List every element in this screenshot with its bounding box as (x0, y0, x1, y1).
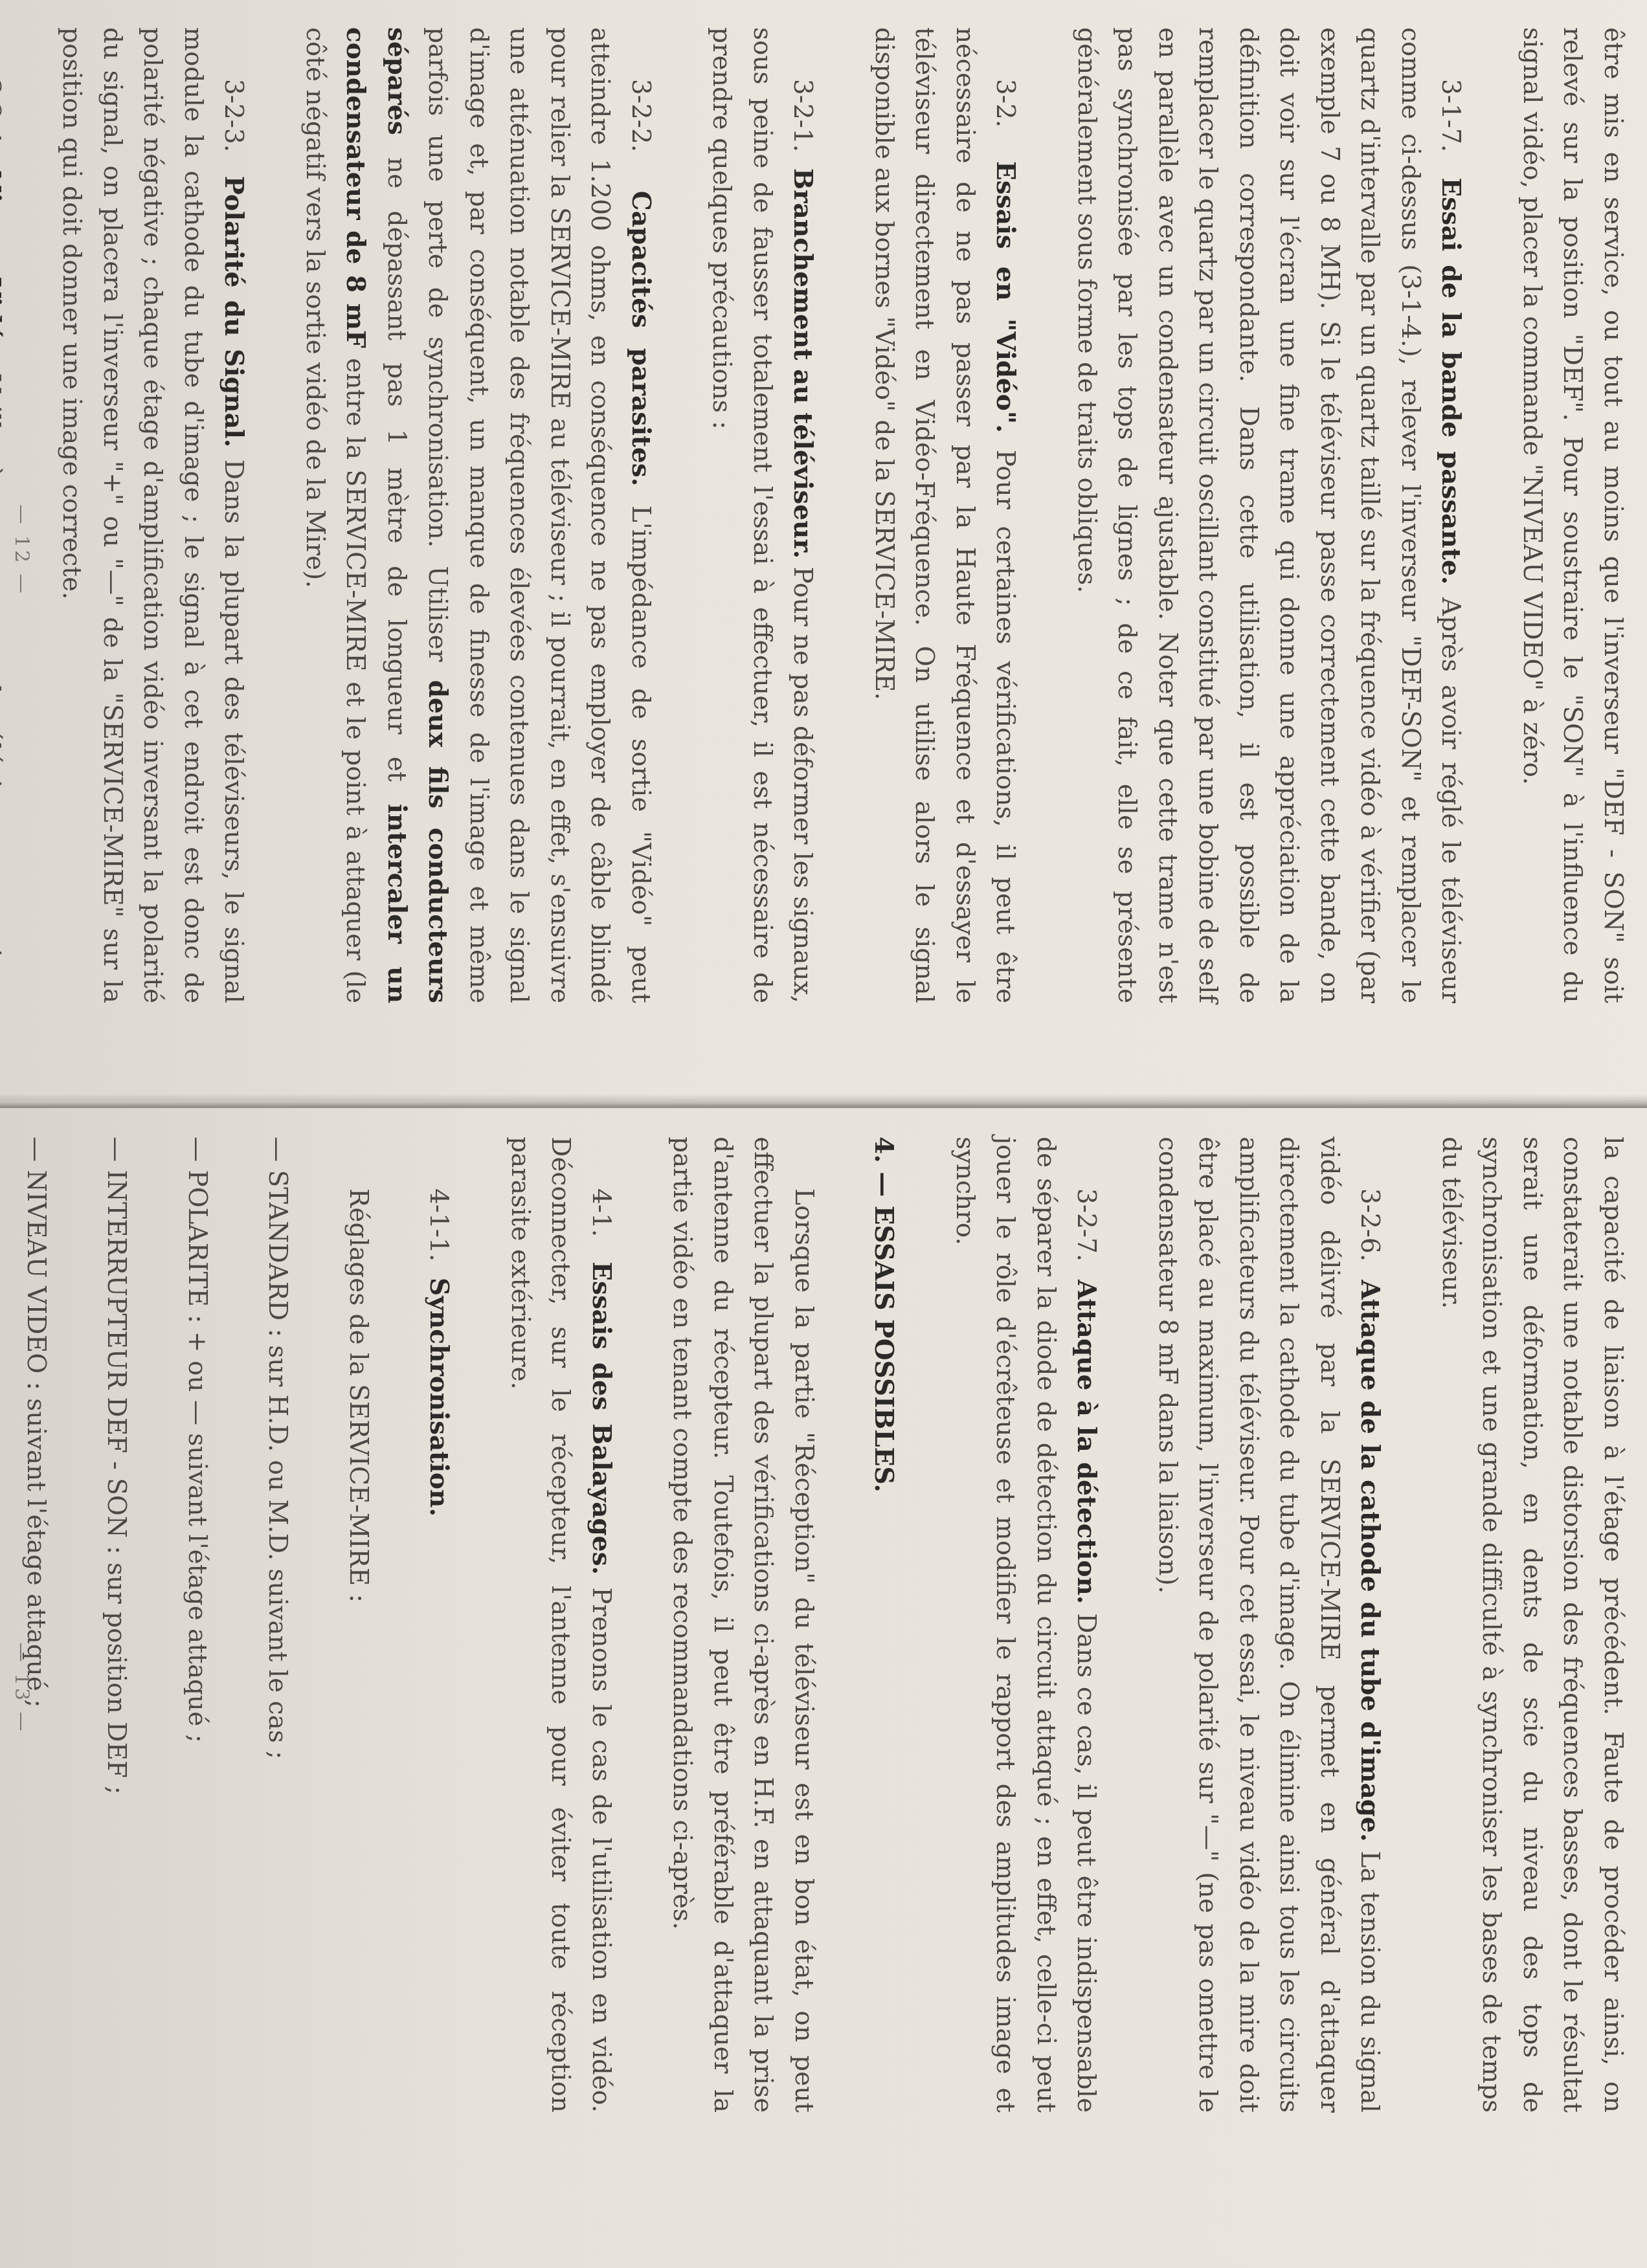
section-number: 3-2-7. (1072, 1188, 1101, 1262)
paragraph-text: La tension du signal vidéo délivré par l… (1153, 1137, 1385, 2113)
settings-item-interrupteur: — INTERRUPTEUR DEF - SON : sur position … (96, 1137, 137, 2113)
section-number: 3-2. (991, 79, 1020, 128)
section-4-1: 4-1. Essais des Balayages. Prenons le ca… (500, 1137, 622, 2113)
page-number: — 13 — (1, 1108, 42, 2268)
section-number: 4-1. (587, 1188, 616, 1237)
page-13-sheet: la capacité de liaison à l'étage précéde… (0, 1108, 1647, 2268)
page-number: — 12 — (1, 0, 42, 1100)
paragraph-text: ne dépassant pas 1 mètre de longueur et (382, 135, 411, 804)
section-title: Attaque de la cathode du tube d'image. (1356, 1280, 1385, 1841)
section-number: 4-1-1. (425, 1188, 454, 1262)
section-3-2-1: 3-2-1. Branchement au téléviseur. Pour n… (701, 27, 823, 1003)
section-number: 3-2-1. (789, 79, 818, 152)
section-title: Synchronisation. (425, 1278, 454, 1517)
settings-item-polarite: — POLARITE : + ou — suivant l'étage atta… (177, 1137, 218, 2113)
section-number: 3-2-3. (219, 79, 249, 152)
section-3-2-2: 3-2-2. Capacités parasites. L'impédance … (295, 27, 662, 1003)
p13-continuation: la capacité de liaison à l'étage précéde… (1431, 1137, 1633, 2113)
paragraph-text: Après avoir réglé le téléviseur comme ci… (1072, 27, 1466, 1003)
page-13: la capacité de liaison à l'étage précéde… (0, 1108, 1647, 2268)
section-title: Branchement au téléviseur. (789, 168, 818, 559)
section-heading-4: 4. — ESSAIS POSSIBLES. (864, 1137, 904, 2113)
section-title: Capacités parasites. (626, 191, 656, 487)
settings-item-standard: — STANDARD : sur H.D. ou M.D. suivant le… (257, 1137, 298, 2113)
section-title: Essais en "Vidéo". (991, 161, 1021, 433)
settings-intro: Réglages de la SERVICE-MIRE : (338, 1137, 379, 2113)
section-3-2-6: 3-2-6. Attaque de la cathode du tube d'i… (1147, 1137, 1391, 2113)
page-12: être mis en service, ou tout au moins qu… (0, 0, 1647, 1100)
section-3-2-3: 3-2-3. Polarité du Signal. Dans la plupa… (51, 27, 254, 1003)
section-3-2-7: 3-2-7. Attaque à la détection. Dans ce c… (945, 1137, 1107, 2113)
section-number: 3-2-6. (1356, 1188, 1385, 1262)
section-4-intro: Lorsque la partie "Réception" du télévis… (662, 1137, 823, 2113)
section-title: Essais des Balayages. (587, 1262, 616, 1575)
section-title: Polarité du Signal. (219, 176, 249, 447)
section-3-2: 3-2. Essais en "Vidéo". Pour certaines v… (864, 27, 1026, 1003)
paragraph-text: Dans la plupart des téléviseurs, le sign… (58, 27, 249, 1003)
paragraph-text: la capacité de liaison à l'étage précéde… (1437, 1137, 1628, 2113)
paragraph-text: être mis en service, ou tout au moins qu… (1518, 27, 1628, 1003)
page-12-sheet: être mis en service, ou tout au moins qu… (0, 0, 1647, 1100)
section-number: 3-2-2. (626, 79, 655, 152)
section-4-1-1: 4-1-1. Synchronisation. (418, 1137, 460, 2113)
section-3-1-7: 3-1-7. Essai de la bande passante. Après… (1066, 27, 1472, 1003)
paragraph-text: L'impédance de sortie "Vidéo" peut attei… (423, 27, 656, 1003)
p12-continuation: être mis en service, ou tout au moins qu… (1512, 27, 1633, 1003)
section-title: Essai de la bande passante. (1437, 178, 1466, 585)
section-title: Attaque à la détection. (1072, 1280, 1102, 1604)
section-number: 3-1-7. (1437, 79, 1466, 152)
